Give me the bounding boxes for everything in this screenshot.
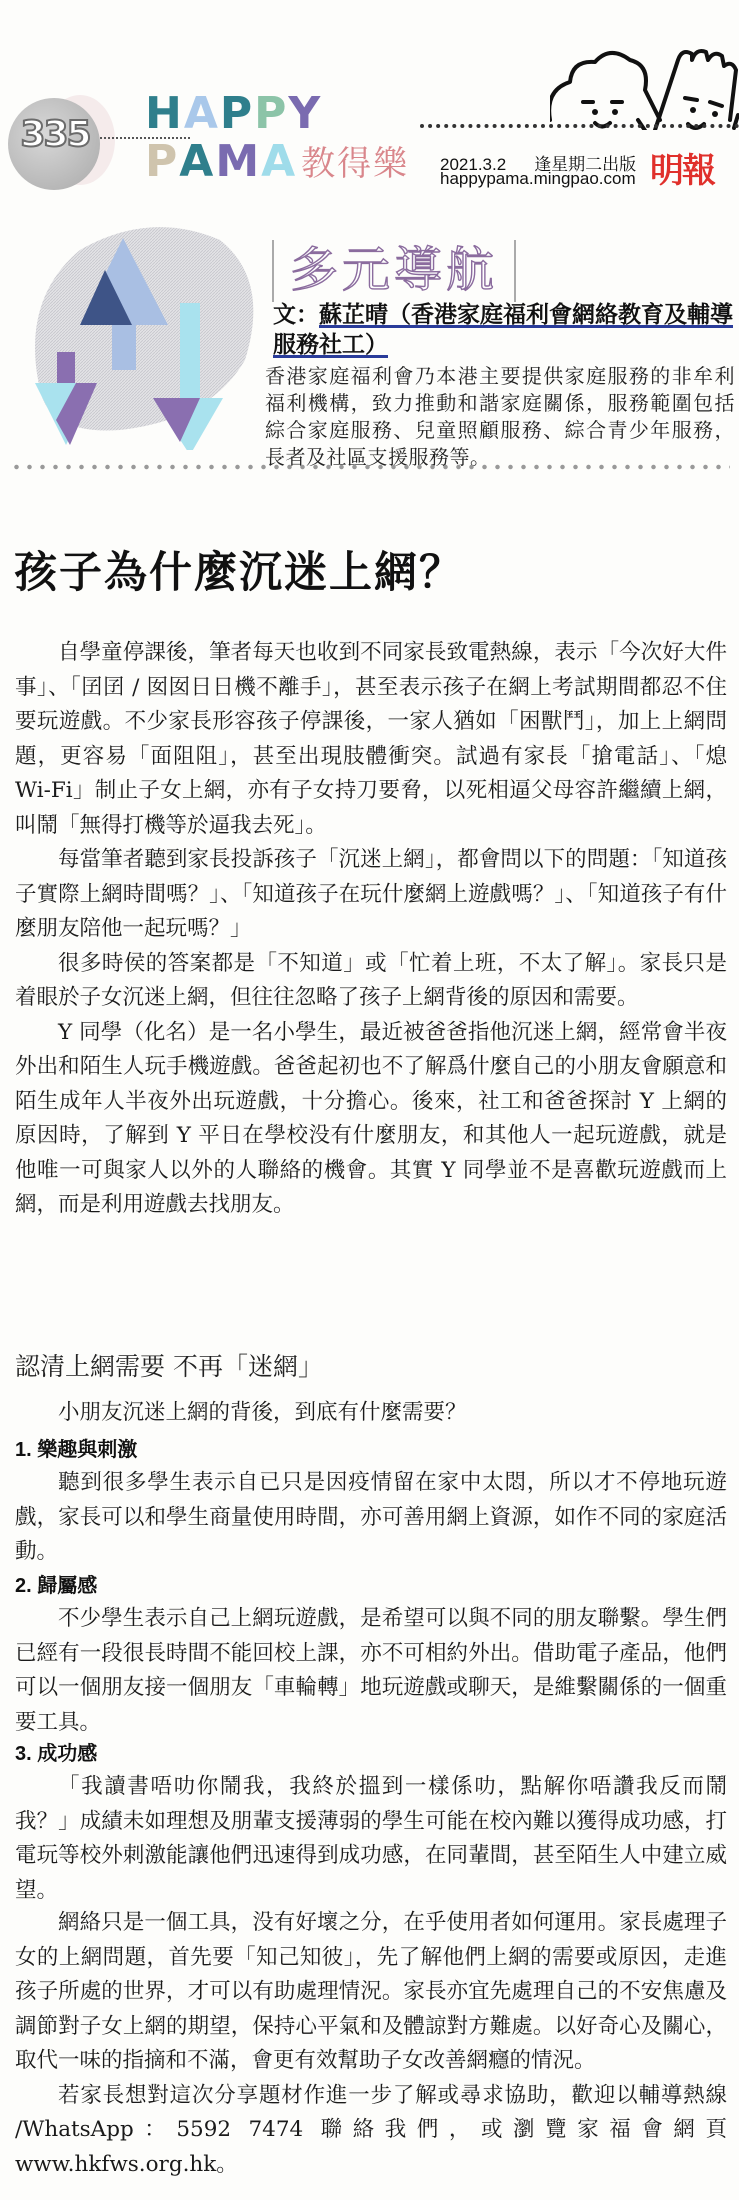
dotted-rule <box>420 124 739 128</box>
paragraph: 不少學生表示自己上網玩遊戲，是希望可以與不同的朋友聯繫。學生們已經有一段很長時間… <box>15 1602 727 1740</box>
happy-pama-logo: H A P P Y P A M A 教得樂 <box>145 92 409 184</box>
paragraph: 聽到很多學生表示自已只是因疫情留在家中太悶，所以才不停地玩遊戲，家長可以和學生商… <box>15 1466 727 1570</box>
paragraph: 小朋友沉迷上網的背後，到底有什麼需要？ <box>15 1396 727 1431</box>
logo-letter: P <box>145 140 179 184</box>
mingpao-logo: 明報 <box>650 143 714 192</box>
logo-letter: P <box>254 92 288 136</box>
masthead: 335 H A P P Y P A M A 教得樂 <box>0 0 739 190</box>
logo-letter: A <box>184 92 220 136</box>
logo-letter: Y <box>288 92 322 136</box>
contact-paragraph: 若家長想對這次分享題材作進一步了解或尋求協助，歡迎以輔導熱線 /WhatsApp… <box>15 2079 727 2183</box>
need-heading-1: 1. 樂趣與刺激 <box>15 1436 137 1464</box>
paragraph: 每當筆者聽到家長投訴孩子「沉迷上網」，都會問以下的問題：「知道孩子實際上網時間嗎… <box>15 843 727 947</box>
paragraph: Y 同學（化名）是一名小學生，最近被爸爸指他沉迷上網，經常會半夜外出和陌生人玩手… <box>15 1016 727 1223</box>
need-text-1: 聽到很多學生表示自已只是因疫情留在家中太悶，所以才不停地玩遊戲，家長可以和學生商… <box>15 1466 727 1570</box>
logo-letter: H <box>145 92 184 136</box>
paragraph: 自學童停課後，筆者每天也收到不同家長致電熱線，表示「今次好大件事」、「囝囝 / … <box>15 636 727 843</box>
logo-chinese: 教得樂 <box>301 144 409 184</box>
author-name: 蘇芷晴（香港家庭福利會網絡教育及輔導服務社工） <box>273 301 733 358</box>
logo-letter: P <box>220 92 254 136</box>
organization-description: 香港家庭福利會乃本港主要提供家庭服務的非牟利福利機構，致力推動和諧家庭關係，服務… <box>265 363 735 471</box>
logo-letter: A <box>179 140 215 184</box>
logo-letter: M <box>215 140 261 184</box>
column-title: 多元導航 <box>290 240 498 300</box>
section-subheading: 認清上網需要 不再「迷網」 <box>15 1350 323 1384</box>
paragraph: 「我讀書唔叻你鬧我，我終於搵到一樣係叻，點解你唔讚我反而鬧我？」成績未如理想及朋… <box>15 1770 727 1908</box>
need-text-3: 「我讀書唔叻你鬧我，我終於搵到一樣係叻，點解你唔讚我反而鬧我？」成績未如理想及朋… <box>15 1770 727 1908</box>
paragraph: 網絡只是一個工具，没有好壞之分，在乎使用者如何運用。家長處理子女的上網問題，首先… <box>15 1906 727 2079</box>
logo-letter: A <box>261 140 297 184</box>
needs-intro: 小朋友沉迷上網的背後，到底有什麼需要？ <box>15 1396 727 1431</box>
need-heading-2: 2. 歸屬感 <box>15 1572 97 1600</box>
issue-number: 335 <box>10 114 100 155</box>
need-text-2: 不少學生表示自己上網玩遊戲，是希望可以與不同的朋友聯繫。學生們已經有一段很長時間… <box>15 1602 727 1740</box>
article-closing: 網絡只是一個工具，没有好壞之分，在乎使用者如何運用。家長處理子女的上網問題，首先… <box>15 1906 727 2182</box>
website-link[interactable]: happypama.mingpao.com <box>440 169 636 189</box>
need-heading-3: 3. 成功感 <box>15 1740 97 1768</box>
paragraph: 很多時侯的答案都是「不知道」或「忙着上班，不太了解」。家長只是着眼於子女沉迷上網… <box>15 947 727 1016</box>
column-title-frame: 多元導航 <box>272 240 516 302</box>
decorative-divider <box>10 462 730 472</box>
arrows-illustration-icon <box>20 220 270 450</box>
author-prefix: 文： <box>273 301 319 328</box>
mascot-cloud-and-hand-icon <box>550 20 739 130</box>
article-headline: 孩子為什麼沉迷上網？ <box>14 545 464 601</box>
article-intro: 自學童停課後，筆者每天也收到不同家長致電熱線，表示「今次好大件事」、「囝囝 / … <box>15 636 727 1223</box>
author-byline: 文：蘇芷晴（香港家庭福利會網絡教育及輔導服務社工） <box>273 300 733 360</box>
